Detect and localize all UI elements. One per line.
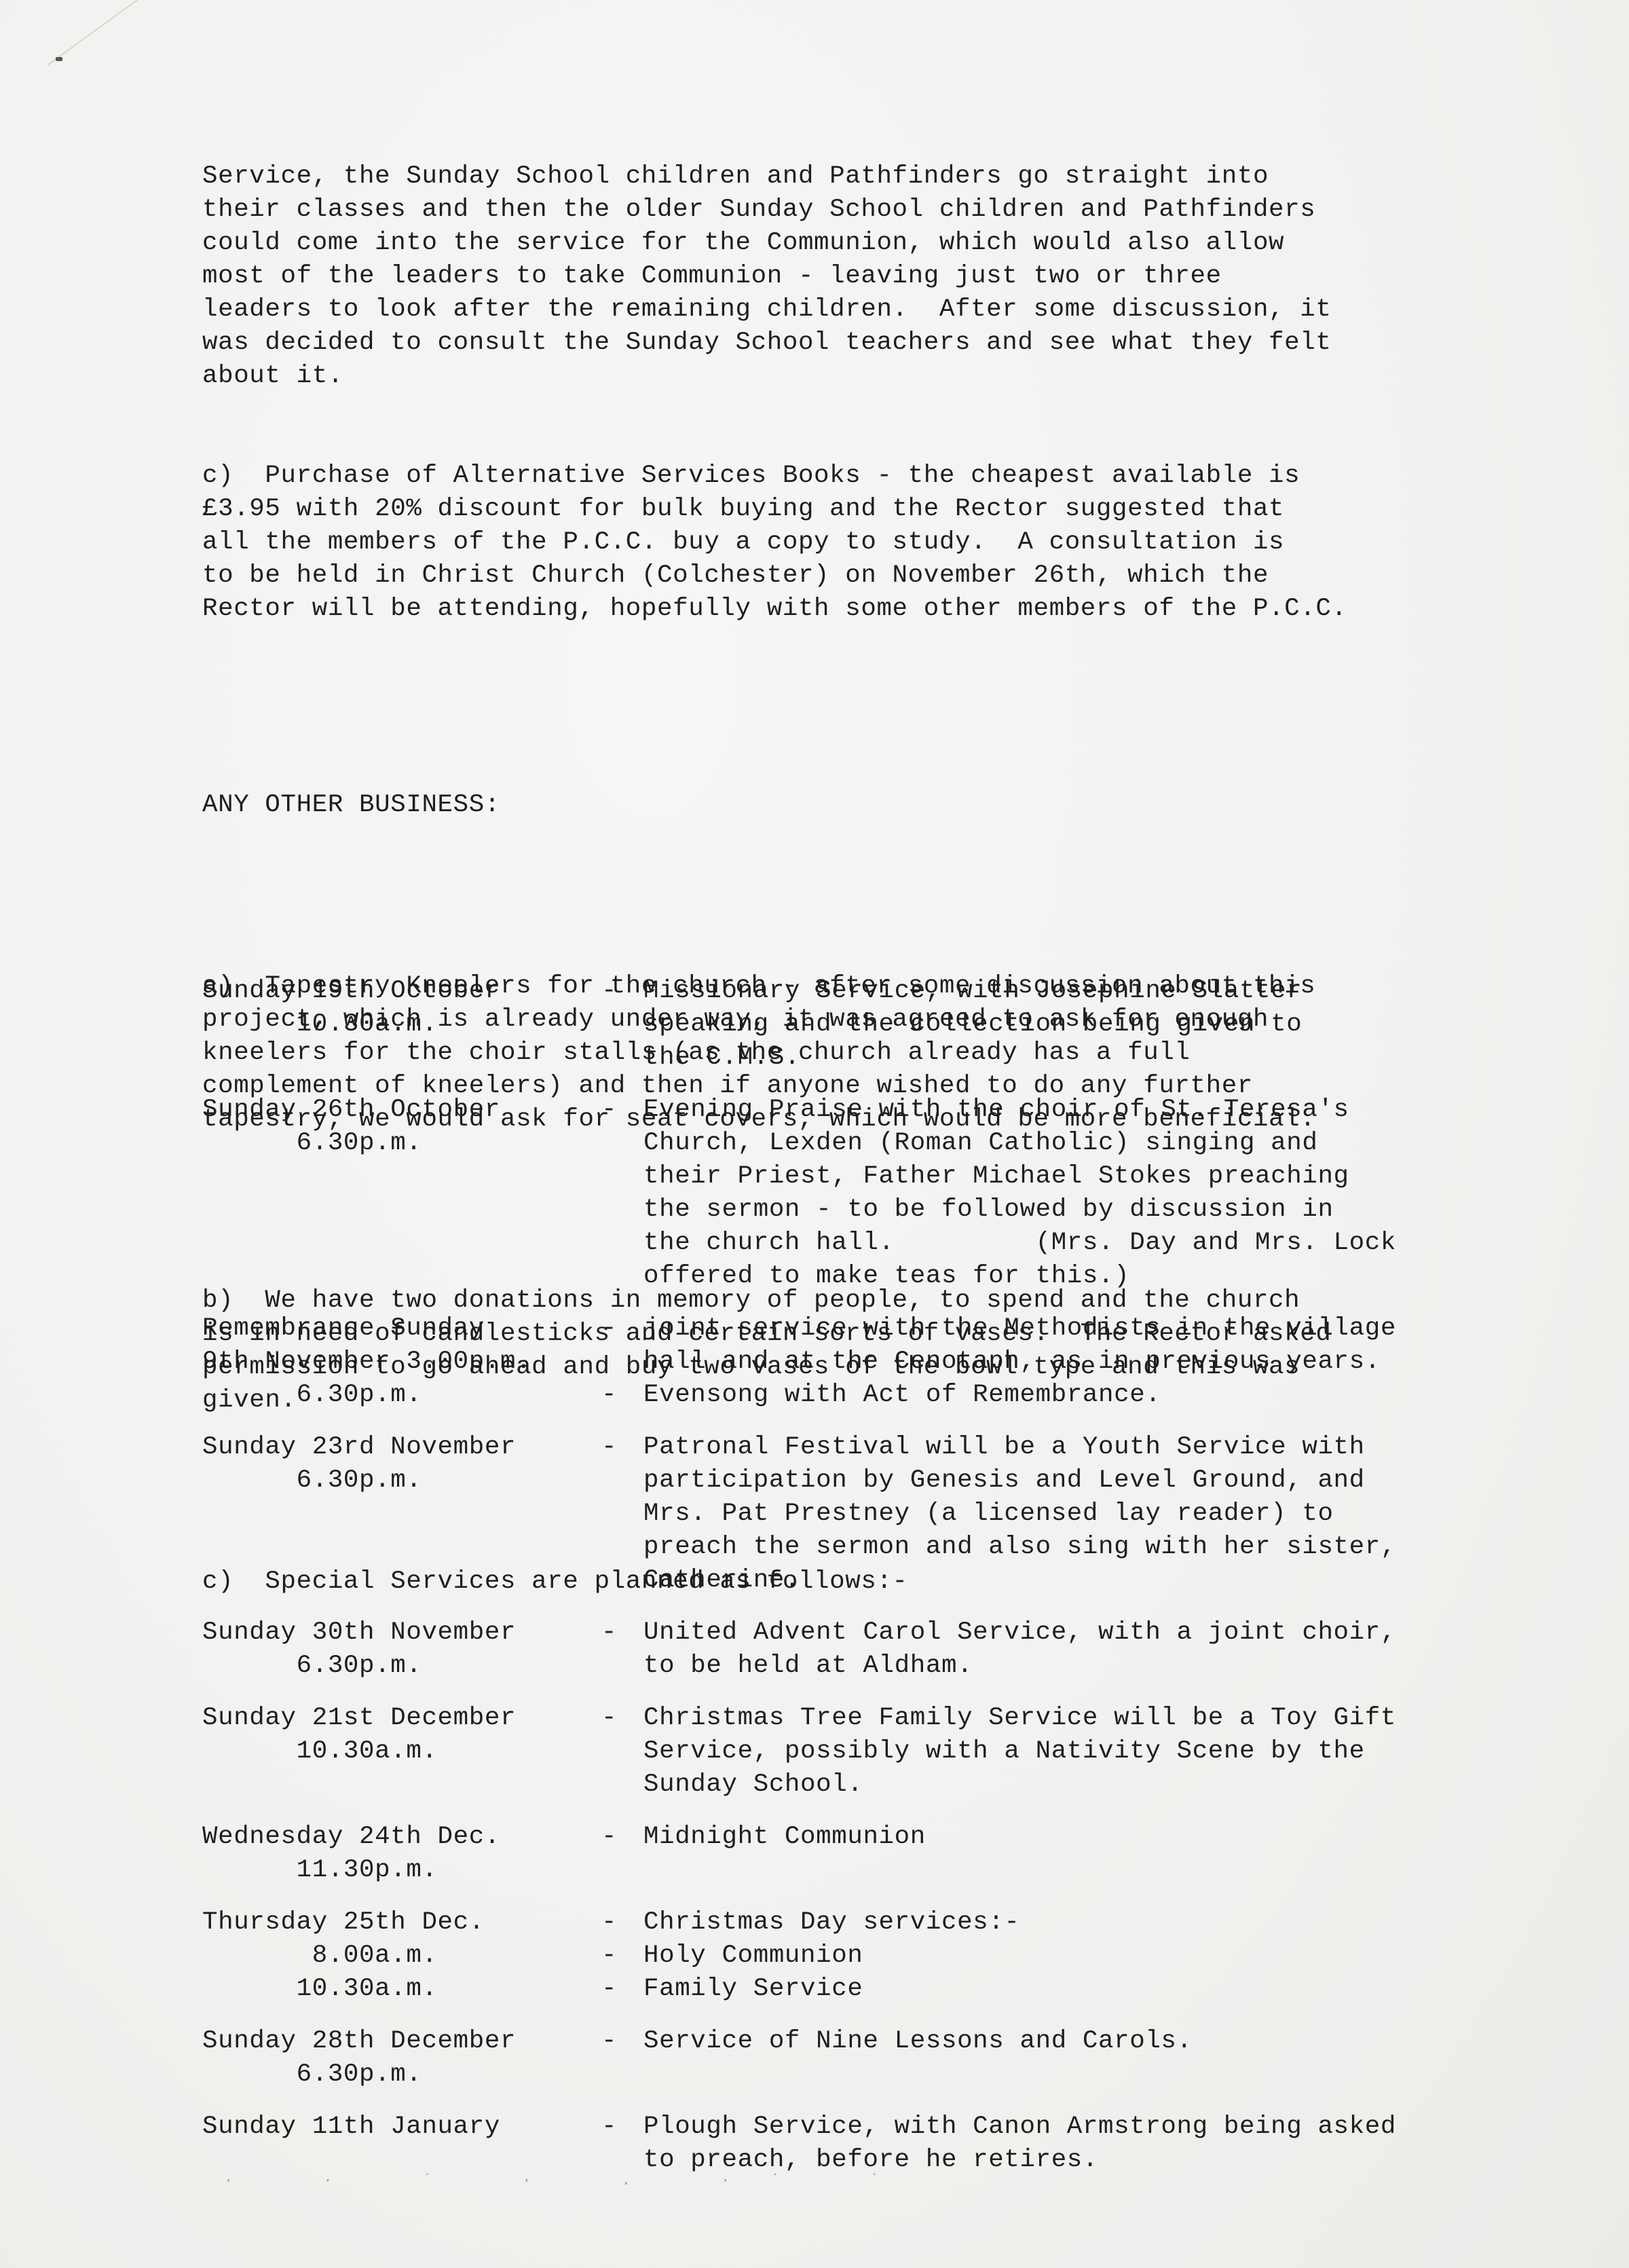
service-time: 6.30p.m.: [202, 2058, 596, 2092]
service-date-time: Sunday 23rd November 6.30p.m.: [202, 1431, 596, 1597]
service-description: Patronal Festival will be a Youth Servic…: [643, 1431, 1526, 1597]
description-line: Christmas Tree Family Service will be a …: [643, 1702, 1526, 1735]
service-time: 6.30p.m.: [202, 1379, 596, 1412]
dash-separator: -: [596, 1616, 643, 1683]
service-date-time: Sunday 19th October 10.30a.m.: [202, 975, 596, 1075]
staple-mark: [56, 57, 62, 61]
aob-heading: ANY OTHER BUSINESS:: [202, 789, 1492, 822]
service-date: Sunday 30th November: [202, 1616, 596, 1650]
description-line: Midnight Communion: [643, 1821, 1526, 1854]
description-line: Plough Service, with Canon Armstrong bei…: [643, 2111, 1526, 2144]
text-line: was decided to consult the Sunday School…: [202, 327, 1492, 360]
dash-separator: -: [596, 2025, 643, 2092]
service-description: Service of Nine Lessons and Carols.: [643, 2025, 1526, 2092]
description-line: United Advent Carol Service, with a join…: [643, 1616, 1526, 1650]
description-line: Missionary Service, with Josephine Slatt…: [643, 975, 1526, 1008]
service-date: Sunday 19th October: [202, 975, 596, 1008]
description-line: the church hall. (Mrs. Day and Mrs. Lock: [643, 1227, 1526, 1260]
dash-separator: -: [596, 1431, 643, 1597]
description-line: Christmas Day services:-: [643, 1906, 1526, 1939]
service-date-time: Thursday 25th Dec. 8.00a.m. 10.30a.m.: [202, 1906, 596, 2006]
service-date-time: Remembrance Sunday9th November 3.00p.m. …: [202, 1312, 596, 1412]
service-time: 8.00a.m.: [202, 1939, 596, 1973]
service-date: Sunday 11th January: [202, 2111, 596, 2144]
paper-crease: [47, 0, 163, 66]
text-line: all the members of the P.C.C. buy a copy…: [202, 526, 1492, 559]
service-date: Sunday 28th December: [202, 2025, 596, 2058]
special-services-schedule: Sunday 19th October 10.30a.m.- Missionar…: [202, 975, 1526, 2196]
schedule-entry: Sunday 19th October 10.30a.m.- Missionar…: [202, 975, 1526, 1075]
text-line: Service, the Sunday School children and …: [202, 160, 1492, 193]
faint-ink-specks: · · ˙ · . ·˙ ˙: [224, 2172, 1378, 2186]
description-line: Service, possibly with a Nativity Scene …: [643, 1735, 1526, 1768]
service-description: Plough Service, with Canon Armstrong bei…: [643, 2111, 1526, 2177]
service-date-time: Wednesday 24th Dec. 11.30p.m.: [202, 1821, 596, 1887]
description-line: speaking and the collection being given …: [643, 1008, 1526, 1041]
item-c-purchase-asb: c) Purchase of Alternative Services Book…: [202, 460, 1492, 626]
service-date: Sunday 21st December: [202, 1702, 596, 1735]
intro-paragraph: Service, the Sunday School children and …: [202, 160, 1492, 393]
description-line: Holy Communion: [643, 1939, 1526, 1973]
service-time: 6.30p.m.: [202, 1650, 596, 1683]
service-description: Christmas Day services:-Holy CommunionFa…: [643, 1906, 1526, 2006]
service-date-time: Sunday 30th November 6.30p.m.: [202, 1616, 596, 1683]
service-description: Evening Praise with the choir of St. Ter…: [643, 1094, 1526, 1293]
description-line: Catherine.: [643, 1564, 1526, 1597]
text-line: most of the leaders to take Communion - …: [202, 260, 1492, 293]
service-description: Missionary Service, with Josephine Slatt…: [643, 975, 1526, 1075]
description-line: Service of Nine Lessons and Carols.: [643, 2025, 1526, 2058]
service-date: Sunday 26th October: [202, 1094, 596, 1127]
service-time: 10.30a.m.: [202, 1973, 596, 2006]
service-date-time: Sunday 21st December 10.30a.m.: [202, 1702, 596, 1802]
dash-separator: ---: [596, 1906, 643, 2006]
service-date-time: Sunday 26th October 6.30p.m.: [202, 1094, 596, 1293]
service-time: 6.30p.m.: [202, 1464, 596, 1498]
description-line: hall and at the Cenotaph, as in previous…: [643, 1345, 1526, 1379]
description-line: offered to make teas for this.): [643, 1260, 1526, 1293]
service-description: joint service with the Methodists in the…: [643, 1312, 1526, 1412]
schedule-entry: Sunday 21st December 10.30a.m.- Christma…: [202, 1702, 1526, 1802]
service-time: 9th November 3.00p.m.: [202, 1345, 596, 1379]
description-line: their Priest, Father Michael Stokes prea…: [643, 1160, 1526, 1193]
service-date: Wednesday 24th Dec.: [202, 1821, 596, 1854]
service-description: Christmas Tree Family Service will be a …: [643, 1702, 1526, 1802]
schedule-entry: Thursday 25th Dec. 8.00a.m. 10.30a.m.---…: [202, 1906, 1526, 2006]
description-line: Sunday School.: [643, 1768, 1526, 1802]
text-line: to be held in Christ Church (Colchester)…: [202, 559, 1492, 593]
schedule-entry: Remembrance Sunday9th November 3.00p.m. …: [202, 1312, 1526, 1412]
description-line: Family Service: [643, 1973, 1526, 2006]
text-line: c) Purchase of Alternative Services Book…: [202, 460, 1492, 493]
dash-separator: -: [596, 1702, 643, 1802]
description-line: Mrs. Pat Prestney (a licensed lay reader…: [643, 1498, 1526, 1531]
description-line: Patronal Festival will be a Youth Servic…: [643, 1431, 1526, 1464]
service-description: United Advent Carol Service, with a join…: [643, 1616, 1526, 1683]
service-date-time: Sunday 28th December 6.30p.m.: [202, 2025, 596, 2092]
service-time: 10.30a.m.: [202, 1008, 596, 1041]
dash-separator: -: [596, 2111, 643, 2177]
service-time: 10.30a.m.: [202, 1735, 596, 1768]
description-line: preach the sermon and also sing with her…: [643, 1531, 1526, 1564]
description-line: participation by Genesis and Level Groun…: [643, 1464, 1526, 1498]
text-line: could come into the service for the Comm…: [202, 227, 1492, 260]
service-date: Remembrance Sunday: [202, 1312, 596, 1345]
service-time: 11.30p.m.: [202, 1854, 596, 1887]
scanned-page: Service, the Sunday School children and …: [0, 0, 1629, 2268]
description-line: Evening Praise with the choir of St. Ter…: [643, 1094, 1526, 1127]
service-date: Sunday 23rd November: [202, 1431, 596, 1464]
paper-crease: [64, 0, 268, 5]
service-time: 6.30p.m.: [202, 1127, 596, 1160]
description-line: the sermon - to be followed by discussio…: [643, 1193, 1526, 1227]
text-line: their classes and then the older Sunday …: [202, 193, 1492, 227]
dash-separator: -: [596, 1094, 643, 1293]
schedule-entry: Sunday 26th October 6.30p.m.- Evening Pr…: [202, 1094, 1526, 1293]
text-line: leaders to look after the remaining chil…: [202, 293, 1492, 327]
schedule-entry: Sunday 23rd November 6.30p.m.- Patronal …: [202, 1431, 1526, 1597]
description-line: Church, Lexden (Roman Catholic) singing …: [643, 1127, 1526, 1160]
description-line: Evensong with Act of Remembrance.: [643, 1379, 1526, 1412]
description-line: to be held at Aldham.: [643, 1650, 1526, 1683]
description-line: joint service with the Methodists in the…: [643, 1312, 1526, 1345]
service-date-time: Sunday 11th January: [202, 2111, 596, 2177]
text-line: £3.95 with 20% discount for bulk buying …: [202, 493, 1492, 526]
text-line: about it.: [202, 360, 1492, 393]
service-description: Midnight Communion: [643, 1821, 1526, 1887]
description-line: the C.M.S.: [643, 1041, 1526, 1075]
text-line: Rector will be attending, hopefully with…: [202, 593, 1492, 626]
schedule-entry: Sunday 11th January-Plough Service, with…: [202, 2111, 1526, 2177]
schedule-entry: Sunday 28th December 6.30p.m.- Service o…: [202, 2025, 1526, 2092]
dash-separator: -: [596, 1821, 643, 1887]
schedule-entry: Wednesday 24th Dec. 11.30p.m.- Midnight …: [202, 1821, 1526, 1887]
schedule-entry: Sunday 30th November 6.30p.m.- United Ad…: [202, 1616, 1526, 1683]
dash-separator: - -: [596, 1312, 643, 1412]
dash-separator: -: [596, 975, 643, 1075]
service-date: Thursday 25th Dec.: [202, 1906, 596, 1939]
